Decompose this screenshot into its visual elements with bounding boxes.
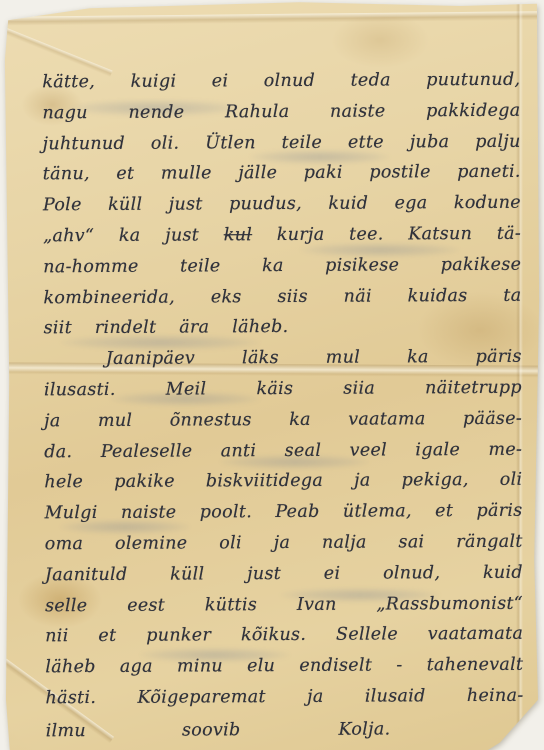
letter-line: nii et punker kõikus. Sellele vaatamata xyxy=(45,619,523,652)
letter-line: läheb aga minu elu endiselt - tahenevalt xyxy=(45,650,523,683)
letter-line: ilusasti. Meil käis siia näitetrupp xyxy=(44,373,522,406)
letter-line: oma olemine oli ja nalja sai rängalt xyxy=(45,527,523,560)
line-text: kurja tee. Katsun tä- xyxy=(252,224,521,245)
letter-line: hästi. Kõigeparemat ja ilusaid heina- xyxy=(45,681,523,714)
letter-line: Jaanituld küll just ei olnud, kuid xyxy=(45,557,523,590)
letter-page: kätte, kuigi ei olnud teda puutunud, nag… xyxy=(0,0,544,750)
struck-word: kul xyxy=(224,225,252,245)
letter-line: kombineerida, eks siis näi kuidas ta xyxy=(43,280,521,313)
fold-crease-top xyxy=(0,11,544,26)
letter-line: selle eest küttis Ivan „Rassbumonist“ xyxy=(45,588,523,621)
letter-line-paragraph-start: Jaanipäev läks mul ka päris xyxy=(44,342,522,375)
letter-line: Pole küll just puudus, kuid ega kodune xyxy=(43,188,521,221)
letter-line: na-homme teile ka pisikese pakikese xyxy=(43,250,521,283)
letter-line: da. Pealeselle anti seal veel igale me- xyxy=(44,434,522,467)
letter-line: tänu, et mulle jälle paki postile paneti… xyxy=(43,157,521,190)
letter-line: ja mul õnnestus ka vaatama pääse- xyxy=(44,404,522,437)
signature: Kolja. xyxy=(338,712,390,746)
letter-line: nagu nende Rahula naiste pakkidega xyxy=(42,96,520,129)
letter-line-with-strikethrough: „ahv“ ka just kul kurja tee. Katsun tä- xyxy=(43,219,521,252)
letter-line: hele pakike biskviitidega ja pekiga, oli xyxy=(44,465,522,498)
paper-shadow: kätte, kuigi ei olnud teda puutunud, nag… xyxy=(0,0,544,750)
letter-line: juhtunud oli. Ütlen teile ette juba palj… xyxy=(43,126,521,159)
letter-closing: ilmu soovib Kolja. xyxy=(46,711,524,748)
letter-line: siit rindelt ära läheb. xyxy=(44,311,522,344)
line-text: „ahv“ ka just xyxy=(43,225,224,246)
handwritten-text: kätte, kuigi ei olnud teda puutunud, nag… xyxy=(42,65,524,748)
letter-line: kätte, kuigi ei olnud teda puutunud, xyxy=(42,65,520,98)
closing-word: ilmu xyxy=(46,714,86,748)
closing-word: soovib xyxy=(182,713,241,747)
letter-line: Mulgi naiste poolt. Peab ütlema, et päri… xyxy=(44,496,522,529)
scanned-letter: kätte, kuigi ei olnud teda puutunud, nag… xyxy=(0,0,544,750)
